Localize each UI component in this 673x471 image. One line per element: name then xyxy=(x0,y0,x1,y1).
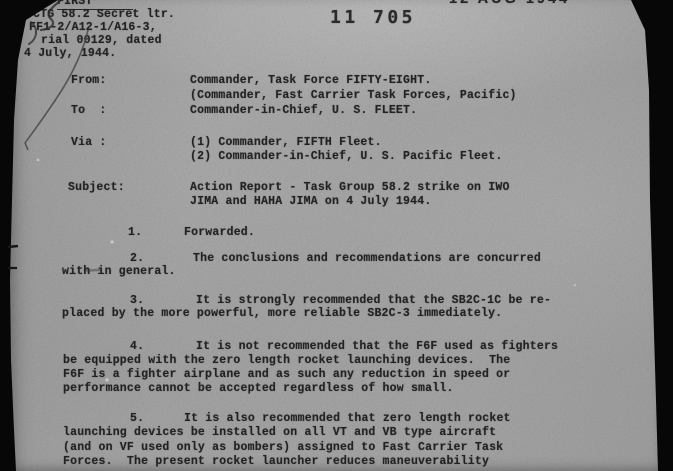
para-2-text: The conclusions and recommendations are … xyxy=(193,252,541,265)
via-value-1: (1) Commander, FIFTH Fleet. xyxy=(190,136,382,149)
header-serial: rial 00129, dated xyxy=(41,34,162,47)
scanned-document-page: FIRST CTG 58.2 Secret ltr. FF1-2/A12-1/A… xyxy=(0,0,673,471)
para-5-text-cont: (and on VF used only as bombers) assigne… xyxy=(63,441,503,454)
para-5-text-cont: Forces. The present rocket launcher redu… xyxy=(63,455,489,468)
subject-value-1: Action Report - Task Group 58.2 strike o… xyxy=(190,181,510,194)
para-1-text: Forwarded. xyxy=(184,226,255,239)
para-4-text-cont: be equipped with the zero length rocket … xyxy=(63,354,510,367)
from-label: From: xyxy=(71,74,107,87)
to-value: Commander-in-Chief, U. S. FLEET. xyxy=(190,104,417,117)
to-label: To : xyxy=(71,104,107,117)
header-file-number: FF1-2/A12-1/A16-3, xyxy=(29,21,157,34)
para-4-text-cont: performance cannot be accepted regardles… xyxy=(63,382,454,395)
date-received-stamp: 12 AUG 1944 xyxy=(449,0,570,7)
para-3-number: 3. xyxy=(130,294,144,307)
para-4-number: 4. xyxy=(130,340,144,353)
para-3-text: It is strongly recommended that the SB2C… xyxy=(196,294,551,307)
para-5-number: 5. xyxy=(130,412,144,425)
serial-number-stamp: 11 705 xyxy=(330,7,416,28)
para-3-text-cont: placed by the more powerful, more reliab… xyxy=(62,307,502,320)
para-4-text-cont: F6F is a fighter airplane and as such an… xyxy=(63,368,510,381)
para-2-text-cont: with in general. xyxy=(62,265,176,278)
header-ref-letter: CTG 58.2 Secret ltr. xyxy=(33,8,175,21)
para-5-text: It is also recommended that zero length … xyxy=(184,412,511,425)
subject-value-2: JIMA and HAHA JIMA on 4 July 1944. xyxy=(190,195,431,208)
from-value-1: Commander, Task Force FIFTY-EIGHT. xyxy=(190,74,431,87)
from-value-2: (Commander, Fast Carrier Task Forces, Pa… xyxy=(190,89,517,102)
header-date: 4 July, 1944. xyxy=(24,47,116,60)
subject-label: Subject: xyxy=(68,181,125,194)
via-value-2: (2) Commander-in-Chief, U. S. Pacific Fl… xyxy=(190,150,502,163)
via-label: Via : xyxy=(71,136,107,149)
para-5-text-cont: launching devices be installed on all VT… xyxy=(63,426,496,439)
para-4-text: It is not recommended that the F6F used … xyxy=(196,340,558,353)
para-1-number: 1. xyxy=(128,226,142,239)
paper-background xyxy=(0,0,673,471)
para-2-number: 2. xyxy=(130,252,144,265)
